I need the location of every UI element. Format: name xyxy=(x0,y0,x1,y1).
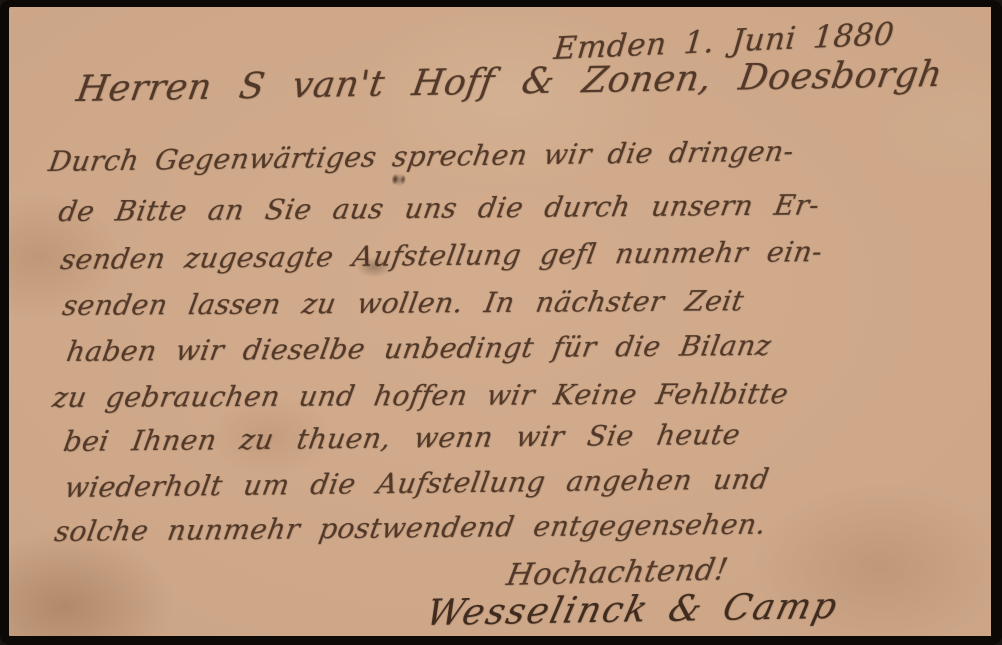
body-line: wiederholt um die Aufstellung angehen un… xyxy=(62,462,771,504)
postcard-scan: Emden 1. Juni 1880 Herren S van't Hoff &… xyxy=(0,0,1002,645)
body-line: solche nunmehr postwendend entgegensehen… xyxy=(52,508,769,549)
closing-line: Hochachtend! xyxy=(504,552,731,593)
body-line: de Bitte an Sie aus uns die durch unsern… xyxy=(56,188,822,228)
body-line: bei Ihnen zu thuen, wenn wir Sie heute xyxy=(61,418,743,458)
body-line: senden lassen zu wollen. In nächster Zei… xyxy=(60,284,746,322)
body-line: haben wir dieselbe unbedingt für die Bil… xyxy=(64,329,774,368)
body-line: Durch Gegenwärtiges sprechen wir die dri… xyxy=(46,135,796,178)
signature: Wesselinck & Camp xyxy=(422,586,842,634)
body-line: zu gebrauchen und hoffen wir Keine Fehlb… xyxy=(50,377,791,414)
body-line: senden zugesagte Aufstellung gefl nunmeh… xyxy=(58,235,825,276)
address-line: Herren S van't Hoff & Zonen, Doesborgh xyxy=(74,54,946,110)
